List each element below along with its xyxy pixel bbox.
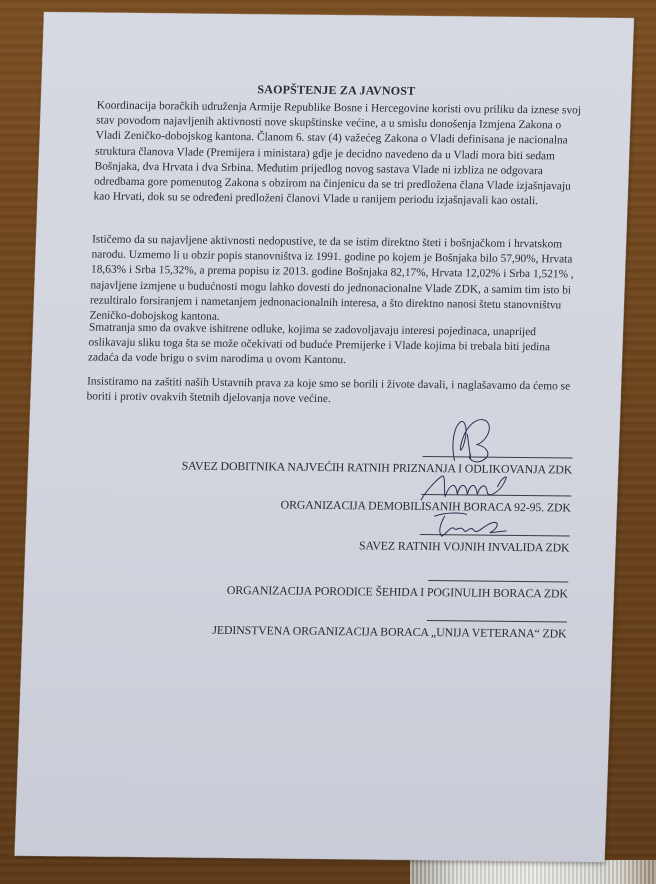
signatory-4: ORGANIZACIJA PORODICE ŠEHIDA I POGINULIH… (227, 583, 568, 602)
signatory-3: SAVEZ RATNIH VOJNIH INVALIDA ZDK (359, 538, 570, 555)
paragraph-3: Smatranja smo da ovakve ishitrene odluke… (88, 320, 576, 371)
signature-line (428, 580, 568, 582)
paragraph-2: Ističemo da su najavljene aktivnosti ned… (89, 233, 578, 329)
foil-background (410, 860, 656, 884)
paragraph-1: Koordinacija boračkih udruženja Armije R… (93, 99, 583, 210)
handwritten-signature-icon (436, 414, 508, 467)
signatory-5: JEDINSTVENA ORGANIZACIJA BORACA „UNIJA V… (212, 623, 567, 642)
signature-line (427, 620, 567, 622)
paper-document: SAOPŠTENJE ZA JAVNOST Koordinacija borač… (15, 12, 634, 862)
paragraph-4: Insistiramo na zaštiti naših Ustavnih pr… (86, 374, 573, 409)
handwritten-signature-icon (426, 510, 517, 541)
